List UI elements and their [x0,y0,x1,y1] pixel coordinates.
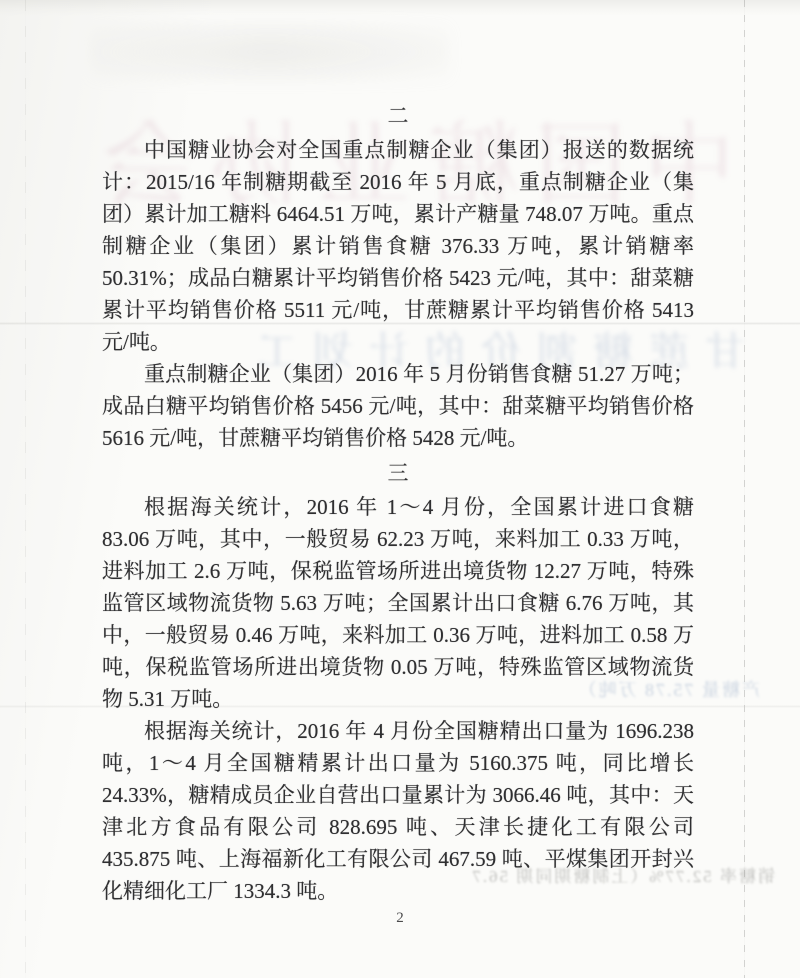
section-heading-2: 二 [102,100,694,132]
paragraph-key-enterprises-may: 重点制糖企业（集团）2016 年 5 月份销售食糖 51.27 万吨；成品白糖平… [102,358,694,454]
paragraph-customs-sugar-imports: 根据海关统计，2016 年 1～4 月份，全国累计进口食糖 83.06 万吨，其… [102,491,694,715]
paragraph-key-enterprises-cumulative: 中国糖业协会对全国重点制糖企业（集团）报送的数据统计：2015/16 年制糖期截… [102,134,694,358]
document-body: 二 中国糖业协会对全国重点制糖企业（集团）报送的数据统计：2015/16 年制糖… [102,100,694,907]
scan-edge-line-left [25,0,26,978]
scanned-document-page: 中国糖业协会 甘蔗糖割价的计划工 产糖量 75.78 万吨） 销糖率 52.77… [0,0,800,978]
section-heading-3: 三 [102,457,694,489]
scan-edge-line-right [744,0,745,978]
scan-shading-artifact [90,22,450,82]
page-number: 2 [0,910,800,927]
paragraph-customs-saccharin-exports: 根据海关统计，2016 年 4 月份全国糖精出口量为 1696.238 吨，1～… [102,715,694,907]
